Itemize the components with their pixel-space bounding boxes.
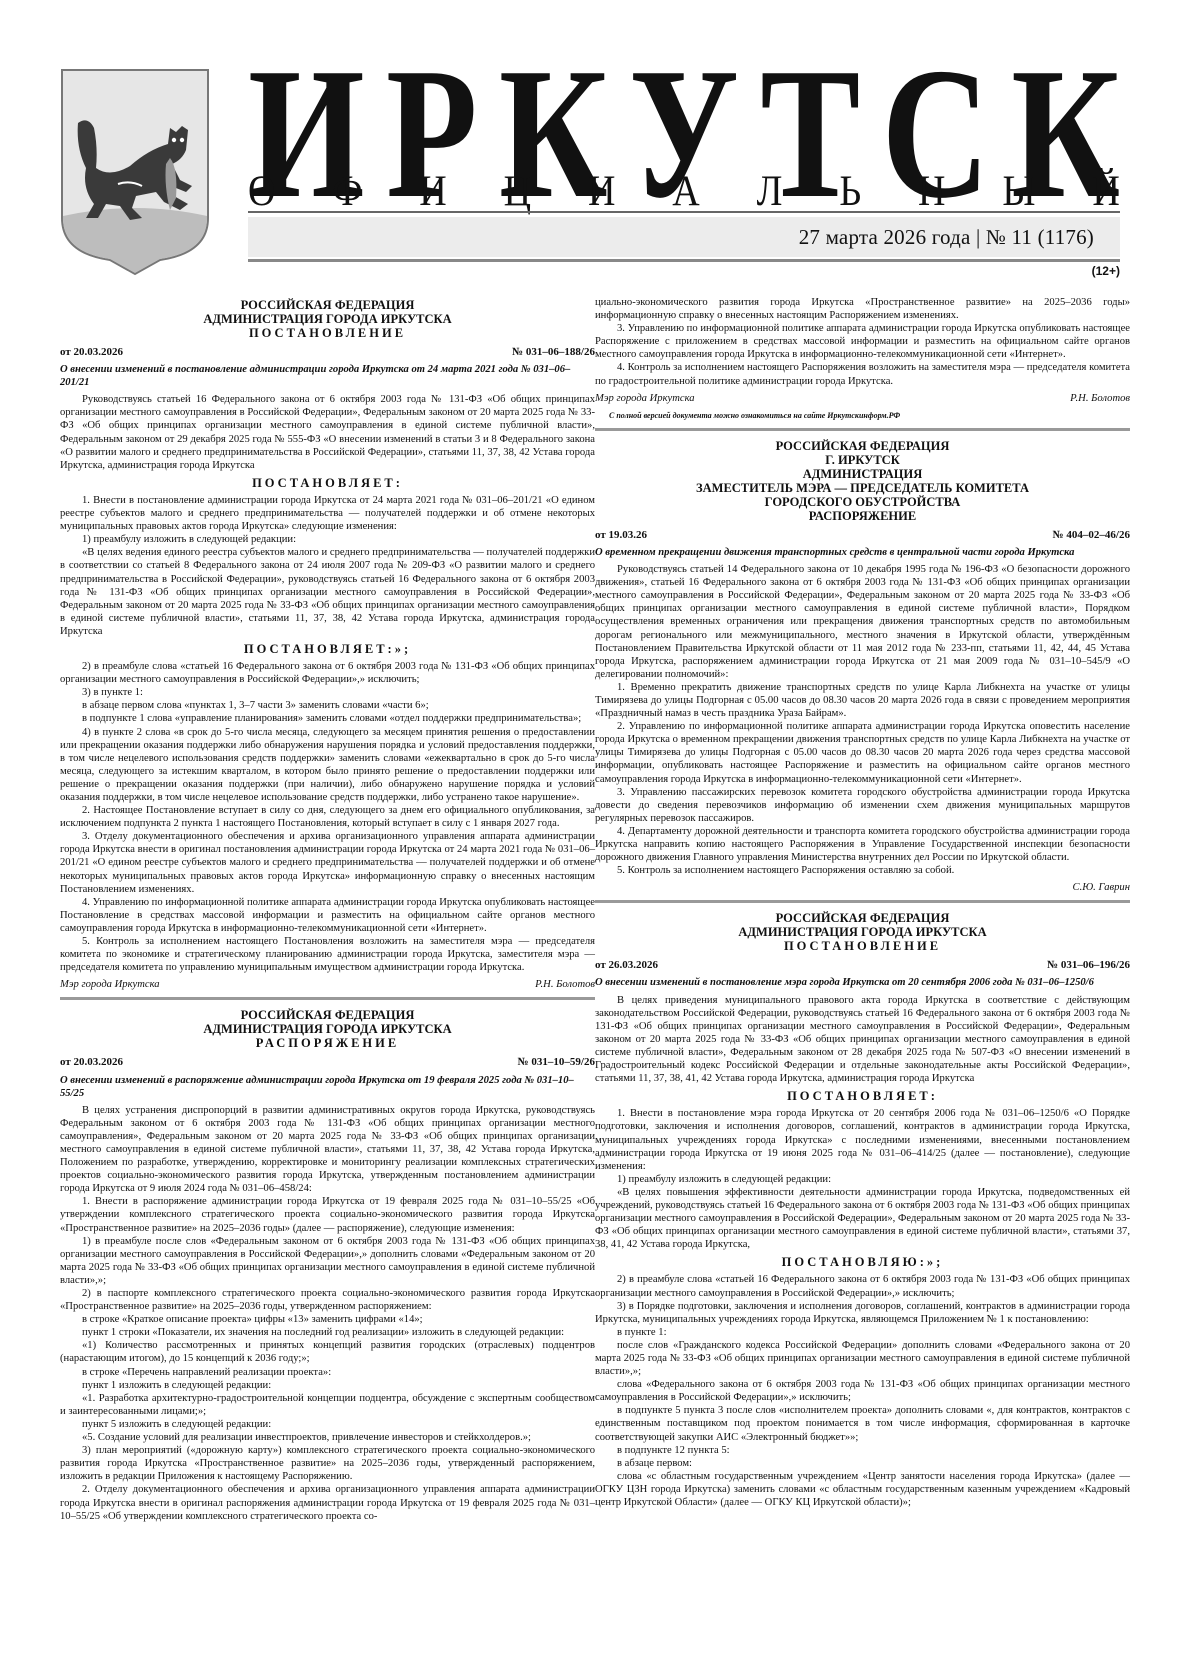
subtitle-letter: А [672,168,699,214]
full-version-note: С полной версией документа можно ознаком… [595,409,1130,422]
paragraph: 1) преамбулу изложить в следующей редакц… [60,533,595,546]
subtitle-letter: И [588,168,615,214]
paragraph: в строке «Краткое описание проекта» цифр… [60,1313,595,1326]
paragraph: 4. Департаменту дорожной деятельности и … [595,825,1130,864]
document-header: РОССИЙСКАЯ ФЕДЕРАЦИЯ АДМИНИСТРАЦИЯ ГОРОД… [60,298,595,340]
subtitle-letter: О [248,168,275,214]
preamble: В целях приведения муниципального правов… [595,994,1130,1086]
document-date: от 26.03.2026 [595,959,658,972]
document-date: от 19.03.26 [595,529,647,542]
paragraph: 2. Отделу документационного обеспечения … [60,1483,595,1522]
divider [248,259,1120,262]
paragraph: 2. Управлению по информационной политике… [595,720,1130,785]
document-date: от 20.03.2026 [60,346,123,359]
paragraph: 3. Управлению по информационной политике… [595,322,1130,361]
decree-heading: ПОСТАНОВЛЯЕТ: [595,1090,1130,1103]
subtitle-letter: Ь [839,168,861,214]
section-divider [595,900,1130,903]
decree-heading: ПОСТАНОВЛЯЕТ: [60,477,595,490]
header-line: АДМИНИСТРАЦИЯ ГОРОДА ИРКУТСКА [60,1022,595,1036]
document-rasporyazhenie-59-continued: циально-экономического развития города И… [595,296,1130,422]
paragraph: пункт 1 строки «Показатели, их значения … [60,1326,595,1339]
preamble: Руководствуясь статьей 16 Федерального з… [60,393,595,472]
paragraph: в абзаце первом: [595,1457,1130,1470]
document-number: № 404–02–46/26 [1053,529,1130,542]
newspaper-subtitle: О Ф И Ц И А Л Ь Н Ы Й [248,168,1120,214]
paragraph: после слов «Гражданского кодекса Российс… [595,1339,1130,1378]
document-header: РОССИЙСКАЯ ФЕДЕРАЦИЯ АДМИНИСТРАЦИЯ ГОРОД… [595,911,1130,953]
header-line: ЗАМЕСТИТЕЛЬ МЭРА — ПРЕДСЕДАТЕЛЬ КОМИТЕТА [595,481,1130,495]
subtitle-letter: Й [1092,168,1119,214]
signature: Мэр города Иркутска Р.Н. Болотов [595,392,1130,405]
paragraph: 1. Временно прекратить движение транспор… [595,681,1130,720]
subtitle-letter: Ц [504,168,531,214]
section-divider [60,997,595,1000]
document-subject: О временном прекращении движения транспо… [595,546,1130,559]
decree-heading: ПОСТАНОВЛЯЮ:»; [595,1256,1130,1269]
subtitle-letter: Ы [1002,168,1035,214]
document-type: РАСПОРЯЖЕНИЕ [60,1036,595,1050]
paragraph: 4) в пункте 2 слова «в срок до 5-го числ… [60,726,595,805]
subtitle-letter: Ф [332,168,362,214]
paragraph: 5. Контроль за исполнением настоящего По… [60,935,595,974]
left-column: РОССИЙСКАЯ ФЕДЕРАЦИЯ АДМИНИСТРАЦИЯ ГОРОД… [60,290,595,1523]
signer-role: Мэр города Иркутска [60,978,160,991]
document-rasporyazhenie-46: РОССИЙСКАЯ ФЕДЕРАЦИЯ Г. ИРКУТСК АДМИНИСТ… [595,439,1130,895]
paragraph: 3) в пункте 1: [60,686,595,699]
paragraph: слова «Федерального закона от 6 октября … [595,1378,1130,1404]
paragraph: 3) план мероприятий («дорожную карту») к… [60,1444,595,1483]
subtitle-letter: Н [918,168,945,214]
paragraph: 1) в преамбуле после слов «Федеральным з… [60,1235,595,1287]
decree-heading: ПОСТАНОВЛЯЕТ:»; [60,643,595,656]
document-number: № 031–06–196/26 [1047,959,1130,972]
paragraph: 1. Внести в распоряжение администрации г… [60,1195,595,1234]
document-header: РОССИЙСКАЯ ФЕДЕРАЦИЯ Г. ИРКУТСК АДМИНИСТ… [595,439,1130,523]
paragraph: 3) в Порядке подготовки, заключения и ис… [595,1300,1130,1326]
paragraph: «5. Создание условий для реализации инве… [60,1431,595,1444]
signer-name: С.Ю. Гаврин [1073,881,1130,894]
paragraph: 3. Отделу документационного обеспечения … [60,830,595,895]
paragraph: 2) в паспорте комплексного стратегическо… [60,1287,595,1313]
header-line: РОССИЙСКАЯ ФЕДЕРАЦИЯ [60,1008,595,1022]
paragraph: в подпункте 12 пункта 5: [595,1444,1130,1457]
subtitle-letter: И [419,168,446,214]
document-date: от 20.03.2026 [60,1056,123,1069]
document-type: ПОСТАНОВЛЕНИЕ [595,939,1130,953]
masthead: И Р К У Т С К О Ф И Ц И А Л Ь Н Ы Й 27 м… [0,0,1180,290]
paragraph: «1) Количество рассмотренных и принятых … [60,1339,595,1365]
section-divider [595,428,1130,431]
document-meta: от 20.03.2026 № 031–10–59/26 [60,1056,595,1069]
paragraph: «В целях ведения единого реестра субъект… [60,546,595,638]
subtitle-letter: Л [757,168,783,214]
issue-bar: 27 марта 2026 года | № 11 (1176) [248,217,1120,257]
signer-role: Мэр города Иркутска [595,392,695,405]
paragraph: 1) преамбулу изложить в следующей редакц… [595,1173,1130,1186]
document-postanovlenie-196: РОССИЙСКАЯ ФЕДЕРАЦИЯ АДМИНИСТРАЦИЯ ГОРОД… [595,911,1130,1509]
signature: Мэр города Иркутска Р.Н. Болотов [60,978,595,991]
signer-name: Р.Н. Болотов [535,978,595,991]
paragraph: 2) в преамбуле слова «статьей 16 Федерал… [60,660,595,686]
paragraph: в подпункте 1 слова «управление планиров… [60,712,595,725]
paragraph: в строке «Перечень направлений реализаци… [60,1366,595,1379]
document-subject: О внесении изменений в распоряжение адми… [60,1074,595,1100]
paragraph: 1. Внести в постановление мэра города Ир… [595,1107,1130,1172]
document-number: № 031–10–59/26 [518,1056,595,1069]
coat-of-arms-icon [60,68,210,276]
signer-name: Р.Н. Болотов [1070,392,1130,405]
paragraph: 5. Контроль за исполнением настоящего Ра… [595,864,1130,877]
divider [248,211,1120,213]
paragraph: пункт 5 изложить в следующей редакции: [60,1418,595,1431]
paragraph: 2) в преамбуле слова «статьей 16 Федерал… [595,1273,1130,1299]
document-meta: от 26.03.2026 № 031–06–196/26 [595,959,1130,972]
paragraph: слова «с областным государственным учреж… [595,1470,1130,1509]
header-line: РОССИЙСКАЯ ФЕДЕРАЦИЯ [595,911,1130,925]
paragraph: 4. Контроль за исполнением настоящего Ра… [595,361,1130,387]
paragraph: «1. Разработка архитектурно-градостроите… [60,1392,595,1418]
header-line: ГОРОДСКОГО ОБУСТРОЙСТВА [595,495,1130,509]
document-meta: от 19.03.26 № 404–02–46/26 [595,529,1130,542]
header-line: АДМИНИСТРАЦИЯ [595,467,1130,481]
paragraph: В целях устранения диспропорций в развит… [60,1104,595,1196]
signature: С.Ю. Гаврин [595,881,1130,894]
document-type: ПОСТАНОВЛЕНИЕ [60,326,595,340]
issue-date-number: 27 марта 2026 года | № 11 (1176) [799,217,1120,257]
document-subject: О внесении изменений в постановление адм… [60,363,595,389]
header-line: РОССИЙСКАЯ ФЕДЕРАЦИЯ [60,298,595,312]
paragraph: 1. Внести в постановление администрации … [60,494,595,533]
paragraph: в подпункте 5 пункта 3 после слов «испол… [595,1404,1130,1443]
header-line: РОССИЙСКАЯ ФЕДЕРАЦИЯ [595,439,1130,453]
paragraph: Руководствуясь статьей 14 Федерального з… [595,563,1130,681]
paragraph: в пункте 1: [595,1326,1130,1339]
paragraph: 3. Управлению пассажирских перевозок ком… [595,786,1130,825]
paragraph: «В целях повышения эффективности деятель… [595,1186,1130,1251]
header-line: АДМИНИСТРАЦИЯ ГОРОДА ИРКУТСКА [60,312,595,326]
document-postanovlenie-188: РОССИЙСКАЯ ФЕДЕРАЦИЯ АДМИНИСТРАЦИЯ ГОРОД… [60,298,595,991]
paragraph: циально-экономического развития города И… [595,296,1130,322]
right-column: циально-экономического развития города И… [595,296,1130,1509]
document-number: № 031–06–188/26 [512,346,595,359]
document-rasporyazhenie-59: РОССИЙСКАЯ ФЕДЕРАЦИЯ АДМИНИСТРАЦИЯ ГОРОД… [60,1008,595,1522]
document-header: РОССИЙСКАЯ ФЕДЕРАЦИЯ АДМИНИСТРАЦИЯ ГОРОД… [60,1008,595,1050]
paragraph: 2. Настоящее Постановление вступает в си… [60,804,595,830]
header-line: АДМИНИСТРАЦИЯ ГОРОДА ИРКУТСКА [595,925,1130,939]
paragraph: пункт 1 изложить в следующей редакции: [60,1379,595,1392]
header-line: Г. ИРКУТСК [595,453,1130,467]
paragraph: 4. Управлению по информационной политике… [60,896,595,935]
age-rating: (12+) [1092,264,1120,278]
document-subject: О внесении изменений в постановление мэр… [595,976,1130,989]
document-type: РАСПОРЯЖЕНИЕ [595,509,1130,523]
document-meta: от 20.03.2026 № 031–06–188/26 [60,346,595,359]
paragraph: в абзаце первом слова «пунктах 1, 3–7 ча… [60,699,595,712]
